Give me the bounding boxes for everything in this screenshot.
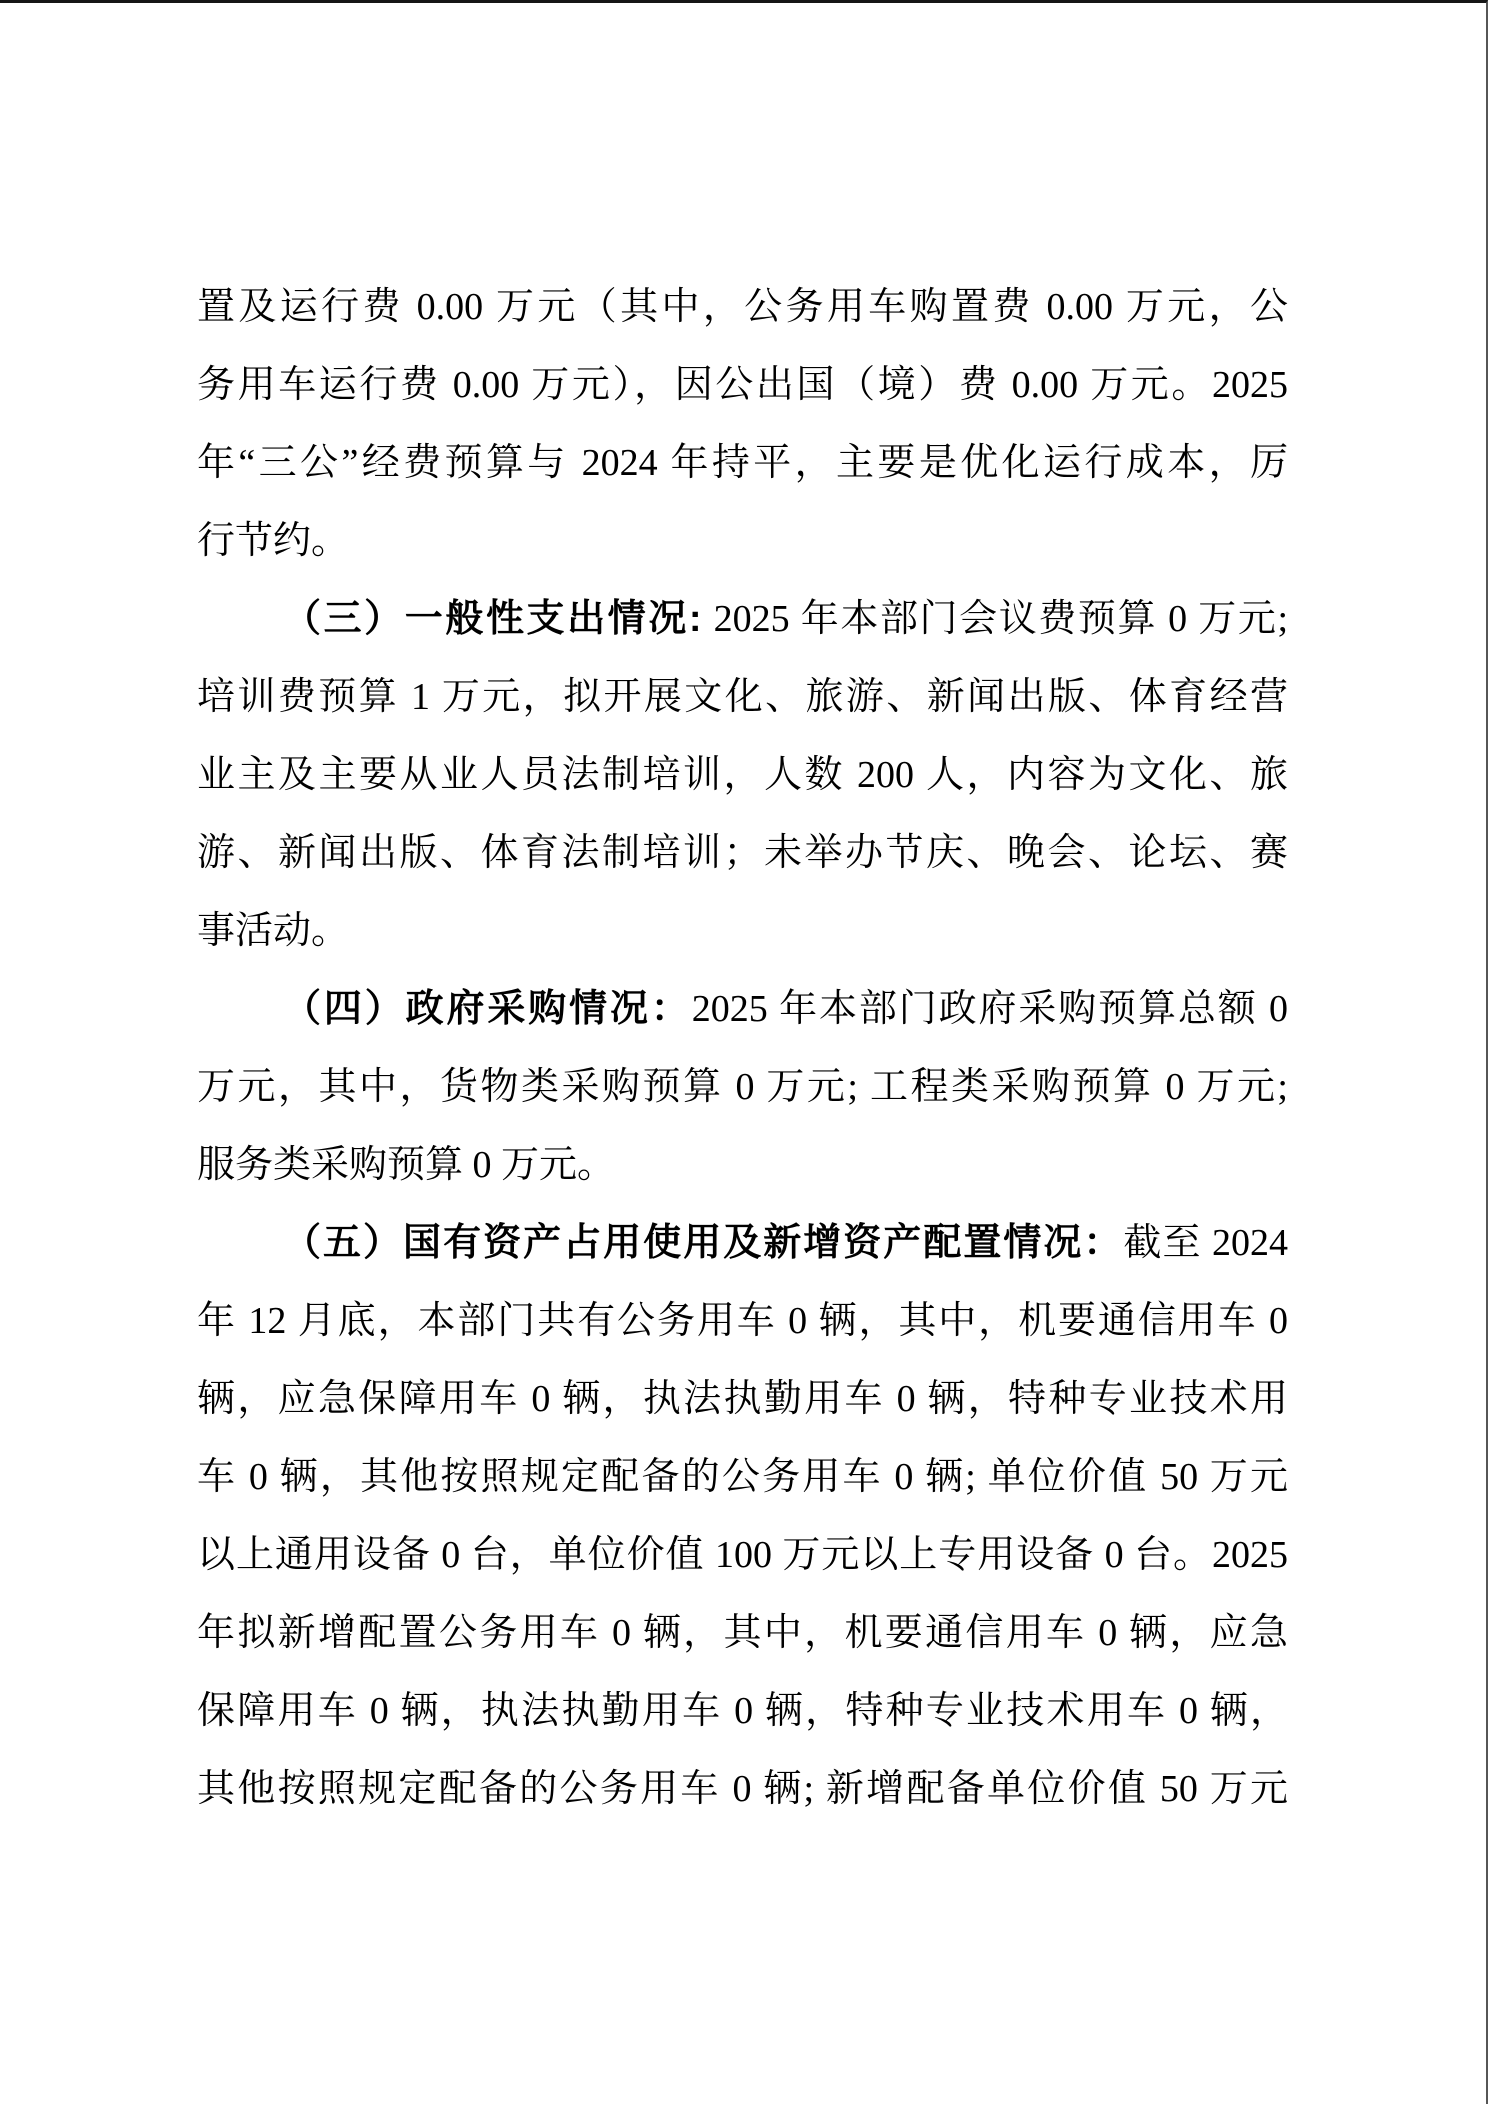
section-heading: （三）一般性支出情况: <box>283 598 703 640</box>
text-line: 保障用车 0 辆，执法执勤用车 0 辆，特种专业技术用车 0 辆， <box>197 1672 1288 1750</box>
section-heading: （四）政府采购情况： <box>283 988 692 1030</box>
text-line: 其他按照规定配备的公务用车 0 辆; 新增配备单位价值 50 万元 <box>197 1750 1288 1828</box>
text-line: 培训费预算 1 万元，拟开展文化、旅游、新闻出版、体育经营 <box>197 658 1288 736</box>
text-line: 万元，其中，货物类采购预算 0 万元; 工程类采购预算 0 万元; <box>197 1048 1288 1126</box>
document-page: 置及运行费 0.00 万元（其中，公务用车购置费 0.00 万元，公务用车运行费… <box>0 0 1488 2104</box>
page: { "page": { "background": "#ffffff", "to… <box>0 0 1488 2104</box>
text-line: 服务类采购预算 0 万元。 <box>197 1126 1288 1204</box>
text-line: 行节约。 <box>197 502 1288 580</box>
text-line: （四）政府采购情况：2025 年本部门政府采购预算总额 0 <box>197 970 1288 1048</box>
text-line: 辆，应急保障用车 0 辆，执法执勤用车 0 辆，特种专业技术用 <box>197 1360 1288 1438</box>
text-line: 业主及主要从业人员法制培训，人数 200 人，内容为文化、旅 <box>197 736 1288 814</box>
text-line: 游、新闻出版、体育法制培训；未举办节庆、晚会、论坛、赛 <box>197 814 1288 892</box>
text-line: 事活动。 <box>197 892 1288 970</box>
text-line: 务用车运行费 0.00 万元），因公出国（境）费 0.00 万元。2025 <box>197 346 1288 424</box>
text-line: （五）国有资产占用使用及新增资产配置情况：截至 2024 <box>197 1204 1288 1282</box>
text-line: 年“三公”经费预算与 2024 年持平，主要是优化运行成本，厉 <box>197 424 1288 502</box>
text-line: 年拟新增配置公务用车 0 辆，其中，机要通信用车 0 辆，应急 <box>197 1594 1288 1672</box>
document-body: 置及运行费 0.00 万元（其中，公务用车购置费 0.00 万元，公务用车运行费… <box>197 268 1288 1828</box>
text-line: （三）一般性支出情况: 2025 年本部门会议费预算 0 万元; <box>197 580 1288 658</box>
text-line: 年 12 月底，本部门共有公务用车 0 辆，其中，机要通信用车 0 <box>197 1282 1288 1360</box>
section-heading: （五）国有资产占用使用及新增资产配置情况： <box>283 1222 1123 1264</box>
text-line: 以上通用设备 0 台，单位价值 100 万元以上专用设备 0 台。2025 <box>197 1516 1288 1594</box>
text-line: 车 0 辆，其他按照规定配备的公务用车 0 辆; 单位价值 50 万元 <box>197 1438 1288 1516</box>
text-line: 置及运行费 0.00 万元（其中，公务用车购置费 0.00 万元，公 <box>197 268 1288 346</box>
